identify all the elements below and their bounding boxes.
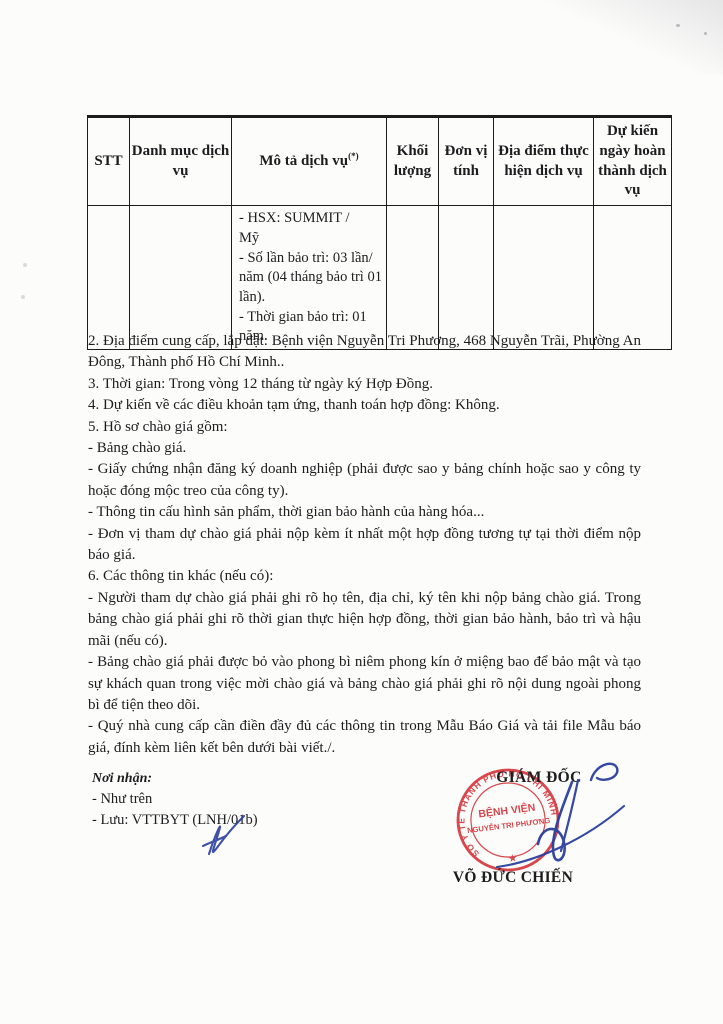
cell-description: - HSX: SUMMIT / Mỹ - Số lần bảo trì: 03 …: [232, 206, 387, 350]
header-stt: STT: [88, 117, 130, 206]
paragraph: 5. Hồ sơ chào giá gồm:: [88, 417, 641, 438]
paragraph: 3. Thời gian: Trong vòng 12 tháng từ ngà…: [88, 374, 641, 395]
cell-due-date: [594, 206, 672, 350]
paragraph: - Thông tin cấu hình sản phẩm, thời gian…: [88, 502, 641, 523]
header-description-label: Mô tả dịch vụ: [259, 153, 348, 169]
header-quantity: Khối lượng: [387, 117, 439, 206]
header-due-date: Dự kiến ngày hoàn thành dịch vụ: [594, 117, 672, 206]
paragraph: 4. Dự kiến về các điều khoản tạm ứng, th…: [88, 395, 641, 416]
cell-stt: [88, 206, 130, 350]
paragraph: - Giấy chứng nhận đăng ký doanh nghiệp (…: [88, 459, 641, 502]
header-category: Danh mục dịch vụ: [130, 117, 232, 206]
header-description-footnote-marker: (*): [348, 151, 359, 161]
scan-speck: [704, 32, 707, 35]
cell-quantity: [387, 206, 439, 350]
recipients-title: Nơi nhận:: [92, 768, 258, 789]
paragraph: - Bảng chào giá phải được bỏ vào phong b…: [88, 652, 641, 716]
paragraph: - Đơn vị tham dự chào giá phải nộp kèm í…: [88, 524, 641, 567]
director-signature: [430, 750, 670, 910]
paragraph: - Người tham dự chào giá phải ghi rõ họ …: [88, 588, 641, 652]
cell-category: [130, 206, 232, 350]
scan-speck: [23, 263, 27, 267]
scan-speck: [21, 295, 25, 299]
header-unit: Đơn vị tính: [439, 117, 494, 206]
table-row: - HSX: SUMMIT / Mỹ - Số lần bảo trì: 03 …: [88, 206, 672, 350]
document-body-text: 2. Địa điểm cung cấp, lắp đặt: Bệnh viện…: [88, 331, 641, 759]
table-header-row: STT Danh mục dịch vụ Mô tả dịch vụ(*) Kh…: [88, 117, 672, 206]
clerk-initials-signature: [188, 804, 258, 864]
header-location: Địa điểm thực hiện dịch vụ: [494, 117, 594, 206]
paragraph: 2. Địa điểm cung cấp, lắp đặt: Bệnh viện…: [88, 331, 641, 374]
paragraph: 6. Các thông tin khác (nếu có):: [88, 566, 641, 587]
cell-unit: [439, 206, 494, 350]
header-description: Mô tả dịch vụ(*): [232, 117, 387, 206]
scan-speck: [676, 24, 680, 27]
service-table: STT Danh mục dịch vụ Mô tả dịch vụ(*) Kh…: [87, 115, 672, 350]
scan-fold-shadow: [543, 0, 723, 75]
paragraph: - Bảng chào giá.: [88, 438, 641, 459]
scanned-document-page: STT Danh mục dịch vụ Mô tả dịch vụ(*) Kh…: [0, 0, 723, 1024]
cell-location: [494, 206, 594, 350]
